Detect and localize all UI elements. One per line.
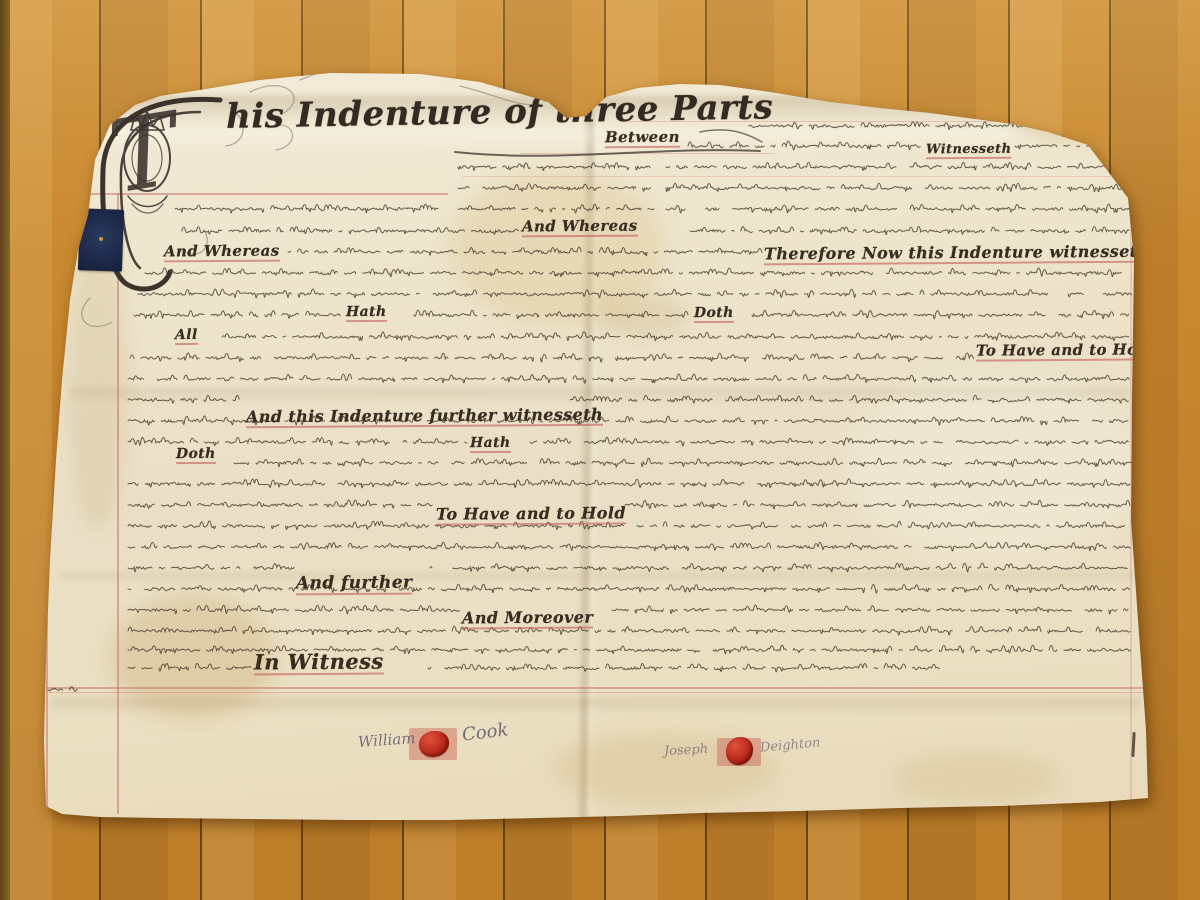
blue-revenue-stamp <box>78 208 124 271</box>
wax-seal <box>419 731 449 757</box>
signature-joseph: Joseph <box>664 742 709 759</box>
left-margin-ruling <box>117 193 119 814</box>
bottom-ruling <box>46 692 1144 693</box>
signature-cook: Cook <box>461 719 510 745</box>
bottom-ruling <box>46 687 1144 689</box>
engrossed-phrase-in-witness: In Witness <box>254 651 384 676</box>
left-margin-ruling <box>46 212 48 814</box>
margin-ruling <box>462 176 1132 177</box>
stain <box>110 595 275 720</box>
engrossed-phrase-hath-1: Hath <box>346 305 387 322</box>
pen-mark <box>1131 732 1135 757</box>
engrossed-phrase-between: Between <box>605 130 680 149</box>
engrossed-phrase-doth-1: Doth <box>694 306 734 323</box>
document-heading: his Indenture of three Parts <box>226 87 787 137</box>
parchment-document: T his Indenture of three Parts BetweenWi… <box>0 0 1200 900</box>
right-margin-ruling <box>1130 175 1132 800</box>
fold-highlight <box>95 128 1135 154</box>
parchment-highlight <box>845 375 1145 560</box>
stain <box>66 225 128 530</box>
engrossed-phrase-all-1: All <box>175 328 198 345</box>
engrossed-phrase-witnesseth: Witnesseth <box>926 143 1012 160</box>
parchment-shadow: T his Indenture of three Parts BetweenWi… <box>0 0 1200 900</box>
signature-deighton: Deighton <box>759 735 820 755</box>
engrossed-phrase-doth-2: Doth <box>176 447 216 464</box>
engrossed-phrase-therefore-witnesseth: Therefore Now this Indenture witnesseth <box>764 244 1150 266</box>
stain <box>1010 86 1140 141</box>
wax-seal <box>726 737 753 765</box>
margin-ruling <box>88 193 448 195</box>
seal-patch <box>409 728 457 760</box>
fold-shading <box>50 698 1140 714</box>
stain <box>450 170 665 325</box>
margin-ruling <box>620 121 1135 122</box>
fold-shading <box>60 572 1140 586</box>
engrossed-phrase-to-have-and-to-hold-1: To Have and to Hold <box>976 342 1155 361</box>
fold-shading <box>70 388 1130 404</box>
engrossed-phrase-and-further: And further <box>296 575 413 596</box>
fold-shading <box>95 96 1135 122</box>
stain <box>892 752 1057 804</box>
margin-ruling <box>520 153 775 154</box>
engrossed-phrase-and-moreover: And Moreover <box>462 610 593 630</box>
center-fold-crease <box>576 72 602 820</box>
photograph-indenture-on-wood-floor: T his Indenture of three Parts BetweenWi… <box>0 0 1200 900</box>
stain <box>552 732 777 804</box>
illuminated-initial-letter: T <box>103 99 185 208</box>
engrossed-phrase-hath-2: Hath <box>470 436 511 453</box>
engrossed-phrase-and-whereas-1: And Whereas <box>522 219 638 238</box>
engrossed-phrase-further-witnesseth: And this Indenture further witnesseth <box>246 407 603 428</box>
signature-william: William <box>357 729 416 751</box>
decorated-initial <box>0 0 1200 900</box>
handwritten-body-text <box>0 0 1200 900</box>
seal-patch <box>717 738 761 766</box>
engrossed-phrase-to-have-and-to-hold-2: To Have and to Hold <box>436 505 626 525</box>
engrossed-phrase-and-whereas-2: And Whereas <box>164 244 280 263</box>
stain <box>595 295 690 337</box>
